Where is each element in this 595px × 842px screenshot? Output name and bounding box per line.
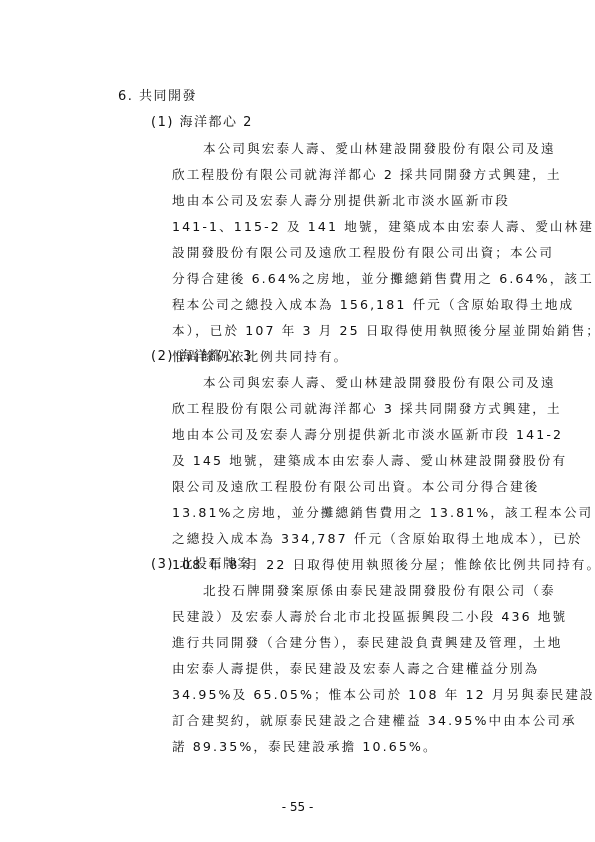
paragraph-line: 地由本公司及宏泰人壽分別提供新北市淡水區新市段 [172,188,542,214]
paragraph-line: 分得合建後 6.64%之房地，並分攤總銷售費用之 6.64%，該工 [172,266,542,292]
document-page: 6. 共同開發 (1) 海洋都心 2 本公司與宏泰人壽、愛山林建設開發股份有限公… [0,0,595,842]
paragraph-line: 由宏泰人壽提供，泰民建設及宏泰人壽之合建權益分別為 [172,656,542,682]
paragraph-line: 北投石牌開發案原係由泰民建設開發股份有限公司（泰 [172,578,542,604]
subsection-3-paragraph: 北投石牌開發案原係由泰民建設開發股份有限公司（泰 民建設）及宏泰人壽於台北市北投… [172,578,542,760]
paragraph-line: 本），已於 107 年 3 月 25 日取得使用執照後分屋並開始銷售； [172,318,542,344]
paragraph-line: 欣工程股份有限公司就海洋都心 2 採共同開發方式興建，土 [172,162,542,188]
paragraph-line: 訂合建契約，就原泰民建設之合建權益 34.95%中由本公司承 [172,708,542,734]
paragraph-line: 諾 89.35%，泰民建設承擔 10.65%。 [172,734,542,760]
paragraph-line: 及 145 地號，建築成本由宏泰人壽、愛山林建設開發股份有 [172,448,542,474]
paragraph-line: 地由本公司及宏泰人壽分別提供新北市淡水區新市段 141-2 [172,422,542,448]
section-heading: 6. 共同開發 [118,89,197,105]
page-number: - 55 - [0,800,595,814]
paragraph-line: 141-1、115-2 及 141 地號，建築成本由宏泰人壽、愛山林建 [172,214,542,240]
paragraph-line: 13.81%之房地，並分攤總銷售費用之 13.81%，該工程本公司 [172,500,542,526]
paragraph-line: 34.95%及 65.05%；惟本公司於 108 年 12 月另與泰民建設簽 [172,682,542,708]
paragraph-line: 限公司及遠欣工程股份有限公司出資。本公司分得合建後 [172,474,542,500]
paragraph-line: 本公司與宏泰人壽、愛山林建設開發股份有限公司及遠 [172,136,542,162]
subsection-heading-3: (3) 北投石牌案 [151,557,252,573]
paragraph-line: 設開發股份有限公司及遠欣工程股份有限公司出資；本公司 [172,240,542,266]
paragraph-line: 欣工程股份有限公司就海洋都心 3 採共同開發方式興建，土 [172,396,542,422]
subsection-heading-1: (1) 海洋都心 2 [151,115,253,131]
paragraph-line: 進行共同開發（合建分售），泰民建設負責興建及管理，土地 [172,630,542,656]
subsection-2-paragraph: 本公司與宏泰人壽、愛山林建設開發股份有限公司及遠 欣工程股份有限公司就海洋都心 … [172,370,542,578]
paragraph-line: 程本公司之總投入成本為 156,181 仟元（含原始取得土地成 [172,292,542,318]
subsection-1-paragraph: 本公司與宏泰人壽、愛山林建設開發股份有限公司及遠 欣工程股份有限公司就海洋都心 … [172,136,542,370]
subsection-heading-2: (2) 海洋都心 3 [151,349,253,365]
paragraph-line: 本公司與宏泰人壽、愛山林建設開發股份有限公司及遠 [172,370,542,396]
paragraph-line: 民建設）及宏泰人壽於台北市北投區振興段二小段 436 地號 [172,604,542,630]
paragraph-line: 之總投入成本為 334,787 仟元（含原始取得土地成本），已於 [172,526,542,552]
